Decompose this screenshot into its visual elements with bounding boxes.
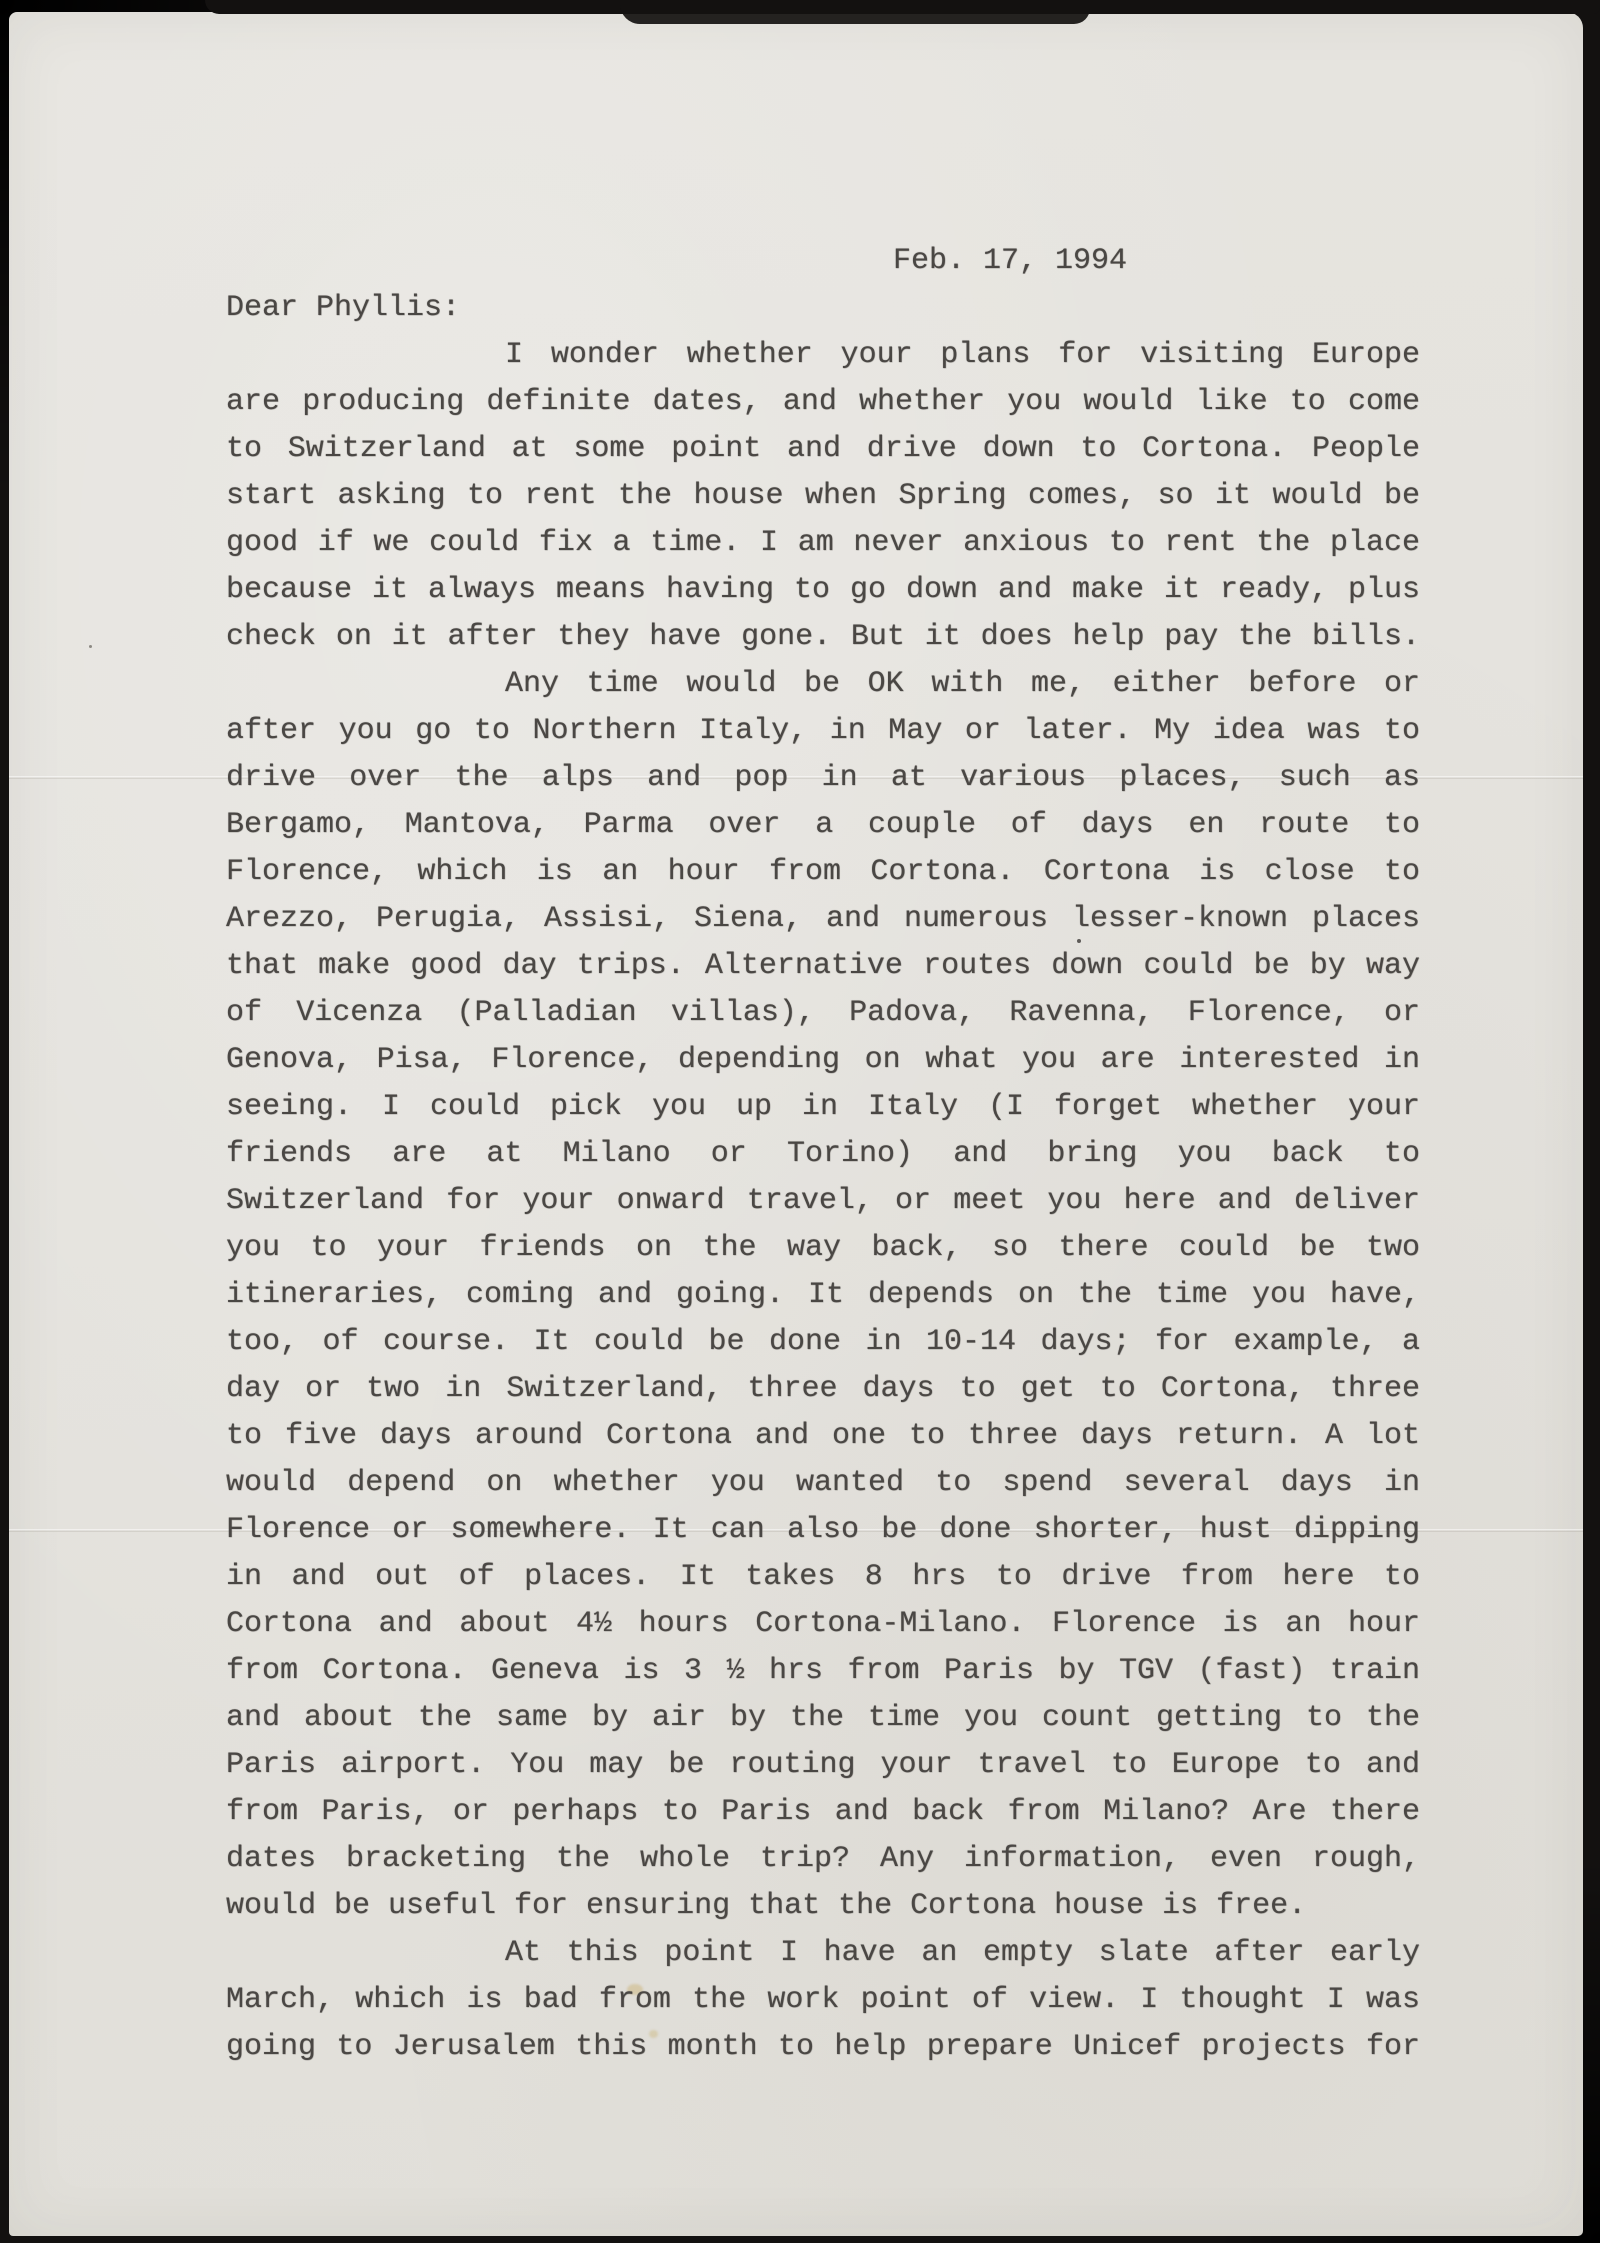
- letter-date: Feb. 17, 1994: [226, 238, 1420, 285]
- letter-line: you to your friends on the way back, so …: [226, 1225, 1420, 1272]
- letter-line: Genova, Pisa, Florence, depending on wha…: [226, 1037, 1420, 1084]
- letter-line: Bergamo, Mantova, Parma over a couple of…: [226, 802, 1420, 849]
- letter-salutation: Dear Phyllis:: [226, 285, 1420, 332]
- letter-line: Florence or somewhere. It can also be do…: [226, 1507, 1420, 1554]
- letter-line: would depend on whether you wanted to sp…: [226, 1460, 1420, 1507]
- letter-line: would be useful for ensuring that the Co…: [226, 1883, 1420, 1930]
- letter-line: because it always means having to go dow…: [226, 567, 1420, 614]
- letter-line: good if we could fix a time. I am never …: [226, 520, 1420, 567]
- letter-line: check on it after they have gone. But it…: [226, 614, 1420, 661]
- letter-line: to five days around Cortona and one to t…: [226, 1413, 1420, 1460]
- letter-line: that make good day trips. Alternative ro…: [226, 943, 1420, 990]
- letter-line: dates bracketing the whole trip? Any inf…: [226, 1836, 1420, 1883]
- scan-border-top: [620, 0, 1090, 24]
- letter-line: Cortona and about 4½ hours Cortona-Milan…: [226, 1601, 1420, 1648]
- letter-line: are producing definite dates, and whethe…: [226, 379, 1420, 426]
- letter-line: too, of course. It could be done in 10-1…: [226, 1319, 1420, 1366]
- letter-line: Arezzo, Perugia, Assisi, Siena, and nume…: [226, 896, 1420, 943]
- ink-speck: [89, 645, 92, 648]
- letter-page: Feb. 17, 1994 Dear Phyllis: I wonder whe…: [9, 12, 1583, 2236]
- letter-line: and about the same by air by the time yo…: [226, 1695, 1420, 1742]
- letter-line: after you go to Northern Italy, in May o…: [226, 708, 1420, 755]
- letter-line: Paris airport. You may be routing your t…: [226, 1742, 1420, 1789]
- letter-line: seeing. I could pick you up in Italy (I …: [226, 1084, 1420, 1131]
- letter-body: Feb. 17, 1994 Dear Phyllis: I wonder whe…: [226, 238, 1420, 2071]
- letter-line: friends are at Milano or Torino) and bri…: [226, 1131, 1420, 1178]
- letter-line: start asking to rent the house when Spri…: [226, 473, 1420, 520]
- letter-line: day or two in Switzerland, three days to…: [226, 1366, 1420, 1413]
- letter-line: from Paris, or perhaps to Paris and back…: [226, 1789, 1420, 1836]
- letter-line: in and out of places. It takes 8 hrs to …: [226, 1554, 1420, 1601]
- letter-line: Switzerland for your onward travel, or m…: [226, 1178, 1420, 1225]
- letter-line: I wonder whether your plans for visiting…: [226, 332, 1420, 379]
- scanned-letter: Feb. 17, 1994 Dear Phyllis: I wonder whe…: [0, 0, 1600, 2243]
- letter-line: from Cortona. Geneva is 3 ½ hrs from Par…: [226, 1648, 1420, 1695]
- letter-line: of Vicenza (Palladian villas), Padova, R…: [226, 990, 1420, 1037]
- letter-line: going to Jerusalem this month to help pr…: [226, 2024, 1420, 2071]
- letter-line: Any time would be OK with me, either bef…: [226, 661, 1420, 708]
- letter-line: to Switzerland at some point and drive d…: [226, 426, 1420, 473]
- letter-line: drive over the alps and pop in at variou…: [226, 755, 1420, 802]
- letter-line: March, which is bad from the work point …: [226, 1977, 1420, 2024]
- letter-line: itineraries, coming and going. It depend…: [226, 1272, 1420, 1319]
- letter-line: At this point I have an empty slate afte…: [226, 1930, 1420, 1977]
- letter-line: Florence, which is an hour from Cortona.…: [226, 849, 1420, 896]
